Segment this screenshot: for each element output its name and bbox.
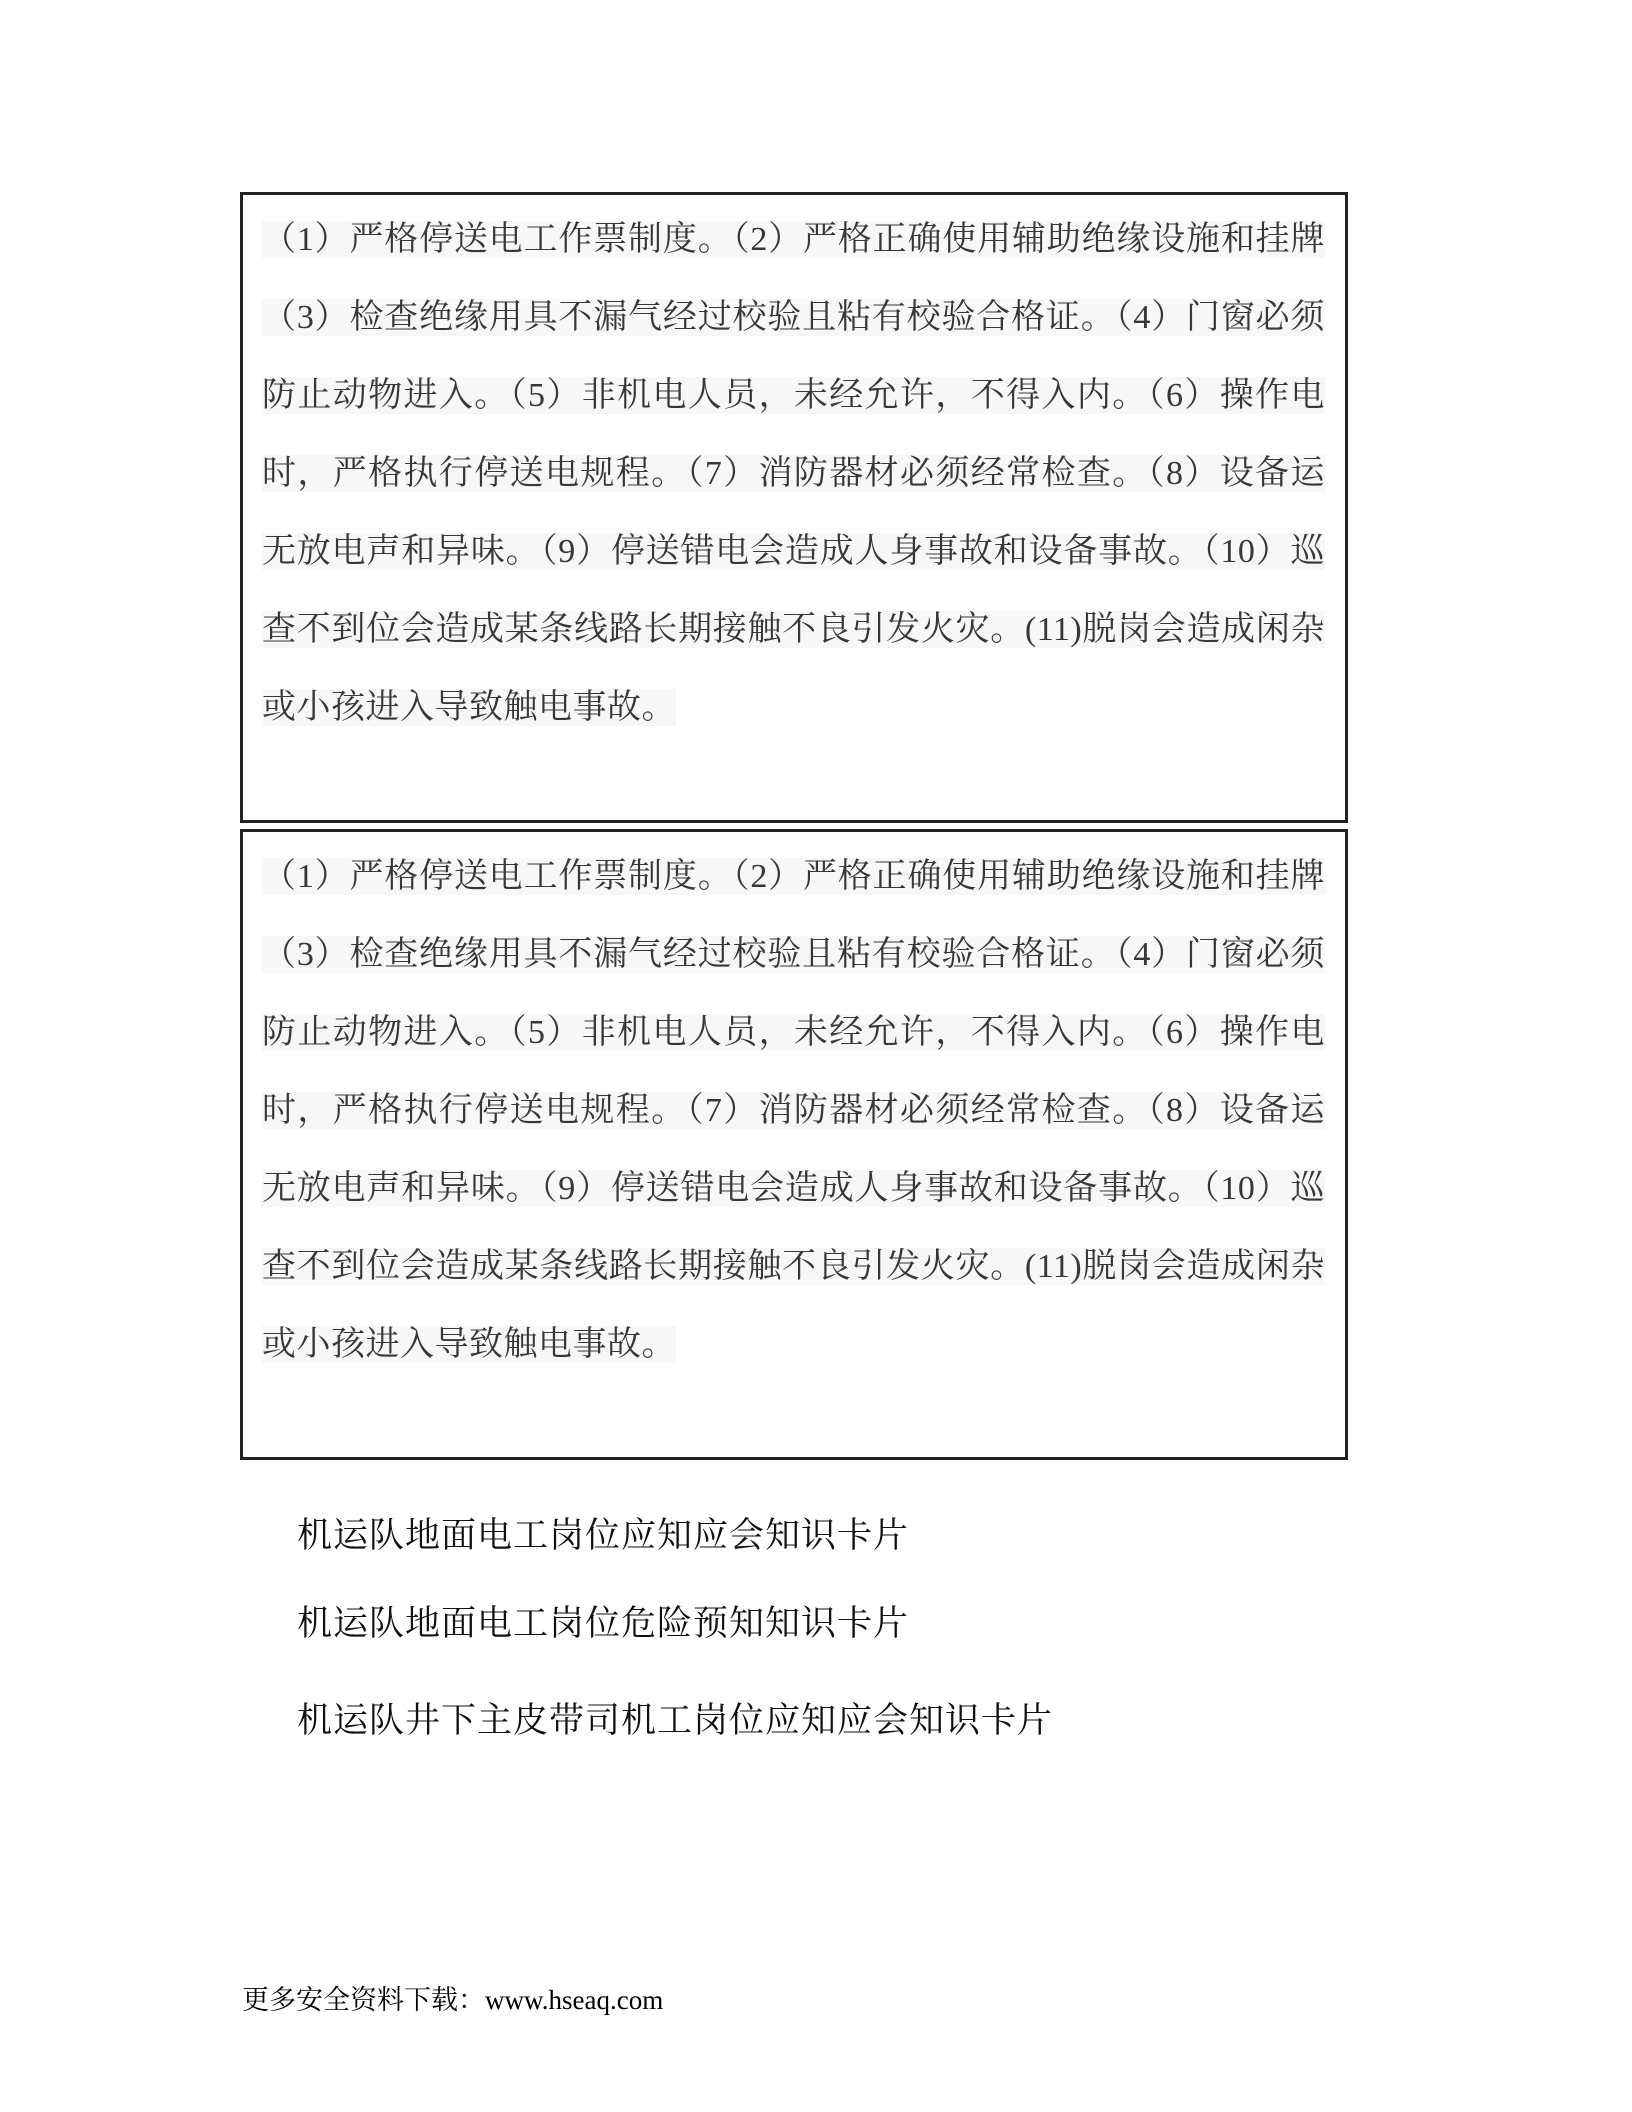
card-title-ground-electrician-knowledge: 机运队地面电工岗位应知应会知识卡片 [297, 1516, 909, 1556]
card-text-line-text: 查不到位会造成某条线路长期接触不良引发火灾。(11)脱岗会造成闲杂人员 [262, 1248, 1325, 1306]
card-text-line: 查不到位会造成某条线路长期接触不良引发火灾。(11)脱岗会造成闲杂人员 [262, 1228, 1325, 1306]
card-title-ground-electrician-hazard: 机运队地面电工岗位危险预知知识卡片 [297, 1604, 909, 1644]
card-text-line: 或小孩进入导致触电事故。 [262, 669, 1325, 747]
card-text-line-text: 或小孩进入导致触电事故。 [262, 1326, 676, 1363]
card-text-line-text: 无放电声和异味。（9）停送错电会造成人身事故和设备事故。（10）巡回检 [262, 1170, 1325, 1228]
document-page: （1）严格停送电工作票制度。（2）严格正确使用辅助绝缘设施和挂牌制度。 （3）检… [0, 0, 1632, 2112]
card-text-line-text: （1）严格停送电工作票制度。（2）严格正确使用辅助绝缘设施和挂牌制度。 [262, 858, 1325, 916]
card-text-line: （3）检查绝缘用具不漏气经过校验且粘有校验合格证。（4）门窗必须关闭， [262, 916, 1325, 994]
card-text-line-text: 或小孩进入导致触电事故。 [262, 689, 676, 726]
card-text-line: 查不到位会造成某条线路长期接触不良引发火灾。(11)脱岗会造成闲杂人员 [262, 591, 1325, 669]
safety-card-box-1: （1）严格停送电工作票制度。（2）严格正确使用辅助绝缘设施和挂牌制度。 （3）检… [240, 192, 1348, 823]
card-text-line: （3）检查绝缘用具不漏气经过校验且粘有校验合格证。（4）门窗必须关闭， [262, 279, 1325, 357]
card-text-line: 防止动物进入。（5）非机电人员，未经允许，不得入内。（6）操作电气设备 [262, 994, 1325, 1072]
card-text-line: （1）严格停送电工作票制度。（2）严格正确使用辅助绝缘设施和挂牌制度。 [262, 201, 1325, 279]
card-title-belt-operator-knowledge: 机运队井下主皮带司机工岗位应知应会知识卡片 [297, 1701, 1053, 1741]
card-text-line: 无放电声和异味。（9）停送错电会造成人身事故和设备事故。（10）巡回检 [262, 513, 1325, 591]
footer-label: 更多安全资料下载： [242, 1985, 485, 2015]
footer: 更多安全资料下载：www.hseaq.com [242, 1984, 663, 2016]
card-text-line: （1）严格停送电工作票制度。（2）严格正确使用辅助绝缘设施和挂牌制度。 [262, 838, 1325, 916]
card-text-line: 时，严格执行停送电规程。（7）消防器材必须经常检查。（8）设备运行正常， [262, 435, 1325, 513]
card-text-line-text: 查不到位会造成某条线路长期接触不良引发火灾。(11)脱岗会造成闲杂人员 [262, 611, 1325, 669]
card-text-line-text: 无放电声和异味。（9）停送错电会造成人身事故和设备事故。（10）巡回检 [262, 533, 1325, 591]
card-text-line: 防止动物进入。（5）非机电人员，未经允许，不得入内。（6）操作电气设备 [262, 357, 1325, 435]
card-text-line-text: （3）检查绝缘用具不漏气经过校验且粘有校验合格证。（4）门窗必须关闭， [262, 936, 1325, 994]
card-text-line-text: 防止动物进入。（5）非机电人员，未经允许，不得入内。（6）操作电气设备 [262, 377, 1325, 435]
card-text-line: 时，严格执行停送电规程。（7）消防器材必须经常检查。（8）设备运行正常， [262, 1072, 1325, 1150]
card-text-line-text: 防止动物进入。（5）非机电人员，未经允许，不得入内。（6）操作电气设备 [262, 1014, 1325, 1072]
footer-url: www.hseaq.com [485, 1985, 663, 2015]
card-text-line-text: 时，严格执行停送电规程。（7）消防器材必须经常检查。（8）设备运行正常， [262, 455, 1325, 513]
card-text-line-text: （3）检查绝缘用具不漏气经过校验且粘有校验合格证。（4）门窗必须关闭， [262, 299, 1325, 357]
card-text-line: 或小孩进入导致触电事故。 [262, 1306, 1325, 1384]
card-text-line-text: 时，严格执行停送电规程。（7）消防器材必须经常检查。（8）设备运行正常， [262, 1092, 1325, 1150]
card-text-line-text: （1）严格停送电工作票制度。（2）严格正确使用辅助绝缘设施和挂牌制度。 [262, 221, 1325, 279]
safety-card-box-2: （1）严格停送电工作票制度。（2）严格正确使用辅助绝缘设施和挂牌制度。 （3）检… [240, 829, 1348, 1460]
card-text-line: 无放电声和异味。（9）停送错电会造成人身事故和设备事故。（10）巡回检 [262, 1150, 1325, 1228]
